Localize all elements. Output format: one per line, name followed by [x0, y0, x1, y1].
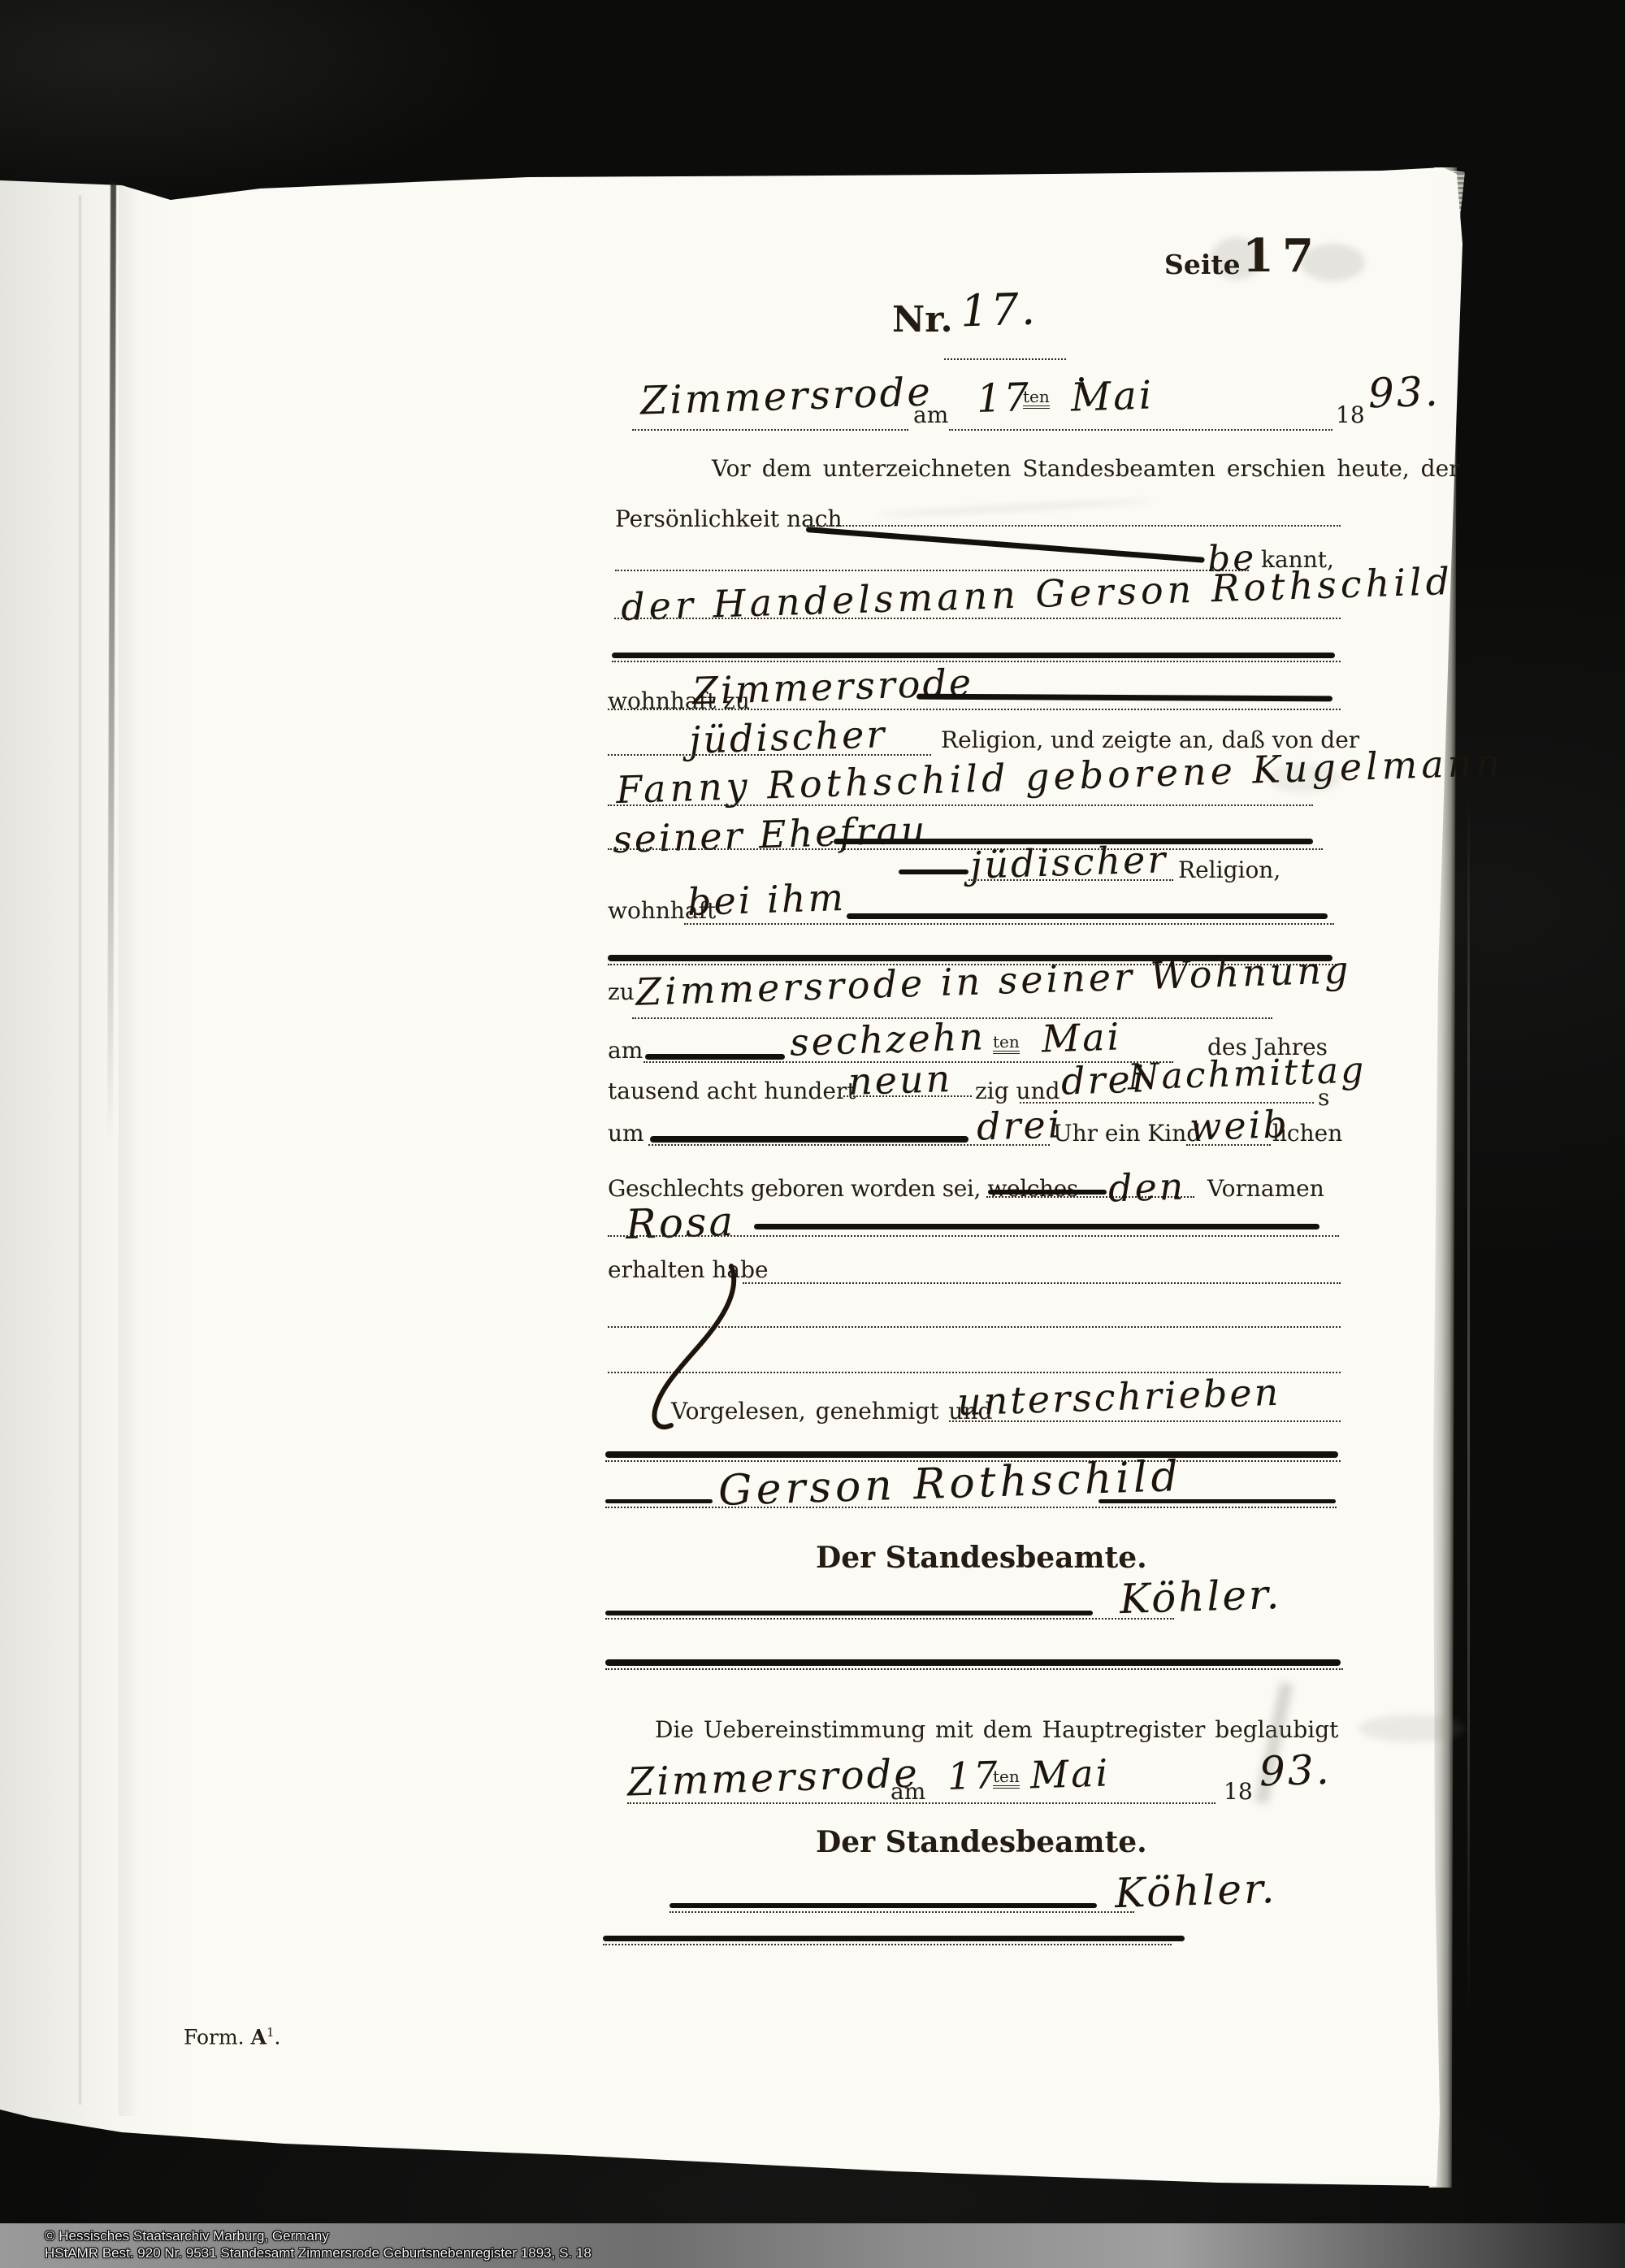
- binding-seam-highlight: [1467, 796, 1470, 2015]
- dotted-line: [608, 1235, 1339, 1237]
- pen-strike-line: [669, 1903, 1097, 1908]
- dotted-line: [608, 754, 931, 756]
- vornamen-print: Vornamen: [1207, 1175, 1324, 1202]
- dotted-line: [605, 1618, 1174, 1620]
- form-code-period: .: [275, 2025, 281, 2049]
- dotted-line: [804, 525, 1341, 527]
- pen-strike-line: [988, 1190, 1107, 1195]
- birth-um: um: [608, 1120, 644, 1147]
- birth-am: am: [608, 1037, 643, 1064]
- archive-caption-line1: © Hessisches Staatsarchiv Marburg, Germa…: [45, 2228, 329, 2244]
- name-article-entry: den: [1107, 1164, 1186, 1211]
- paper-page: [0, 0, 1625, 2268]
- dotted-line: [603, 1944, 1172, 1945]
- ink-rule: [605, 1659, 1341, 1666]
- dotted-line: [608, 709, 1341, 710]
- cert-year-printed: 18: [1224, 1778, 1253, 1805]
- dateline-year-printed: 18: [1336, 401, 1365, 428]
- pen-strike-line: [899, 869, 968, 874]
- page-number: 17: [1242, 229, 1322, 283]
- pen-strike-line: [1098, 1499, 1336, 1503]
- birth-year-print2: zig und: [975, 1078, 1060, 1104]
- cert-year-written: 93.: [1259, 1746, 1332, 1796]
- registrar-title: Der Standesbeamte.: [816, 1541, 1147, 1575]
- dotted-line: [944, 358, 1066, 360]
- archive-caption-strip: © Hessisches Staatsarchiv Marburg, Germa…: [0, 2223, 1625, 2268]
- pen-strike-line: [754, 1224, 1319, 1229]
- pen-strike-line: [650, 1136, 968, 1143]
- form-code: Form. A1.: [184, 2025, 281, 2049]
- dotted-line: [968, 879, 1173, 881]
- dateline-am: am: [913, 401, 948, 428]
- religion2-print: Religion,: [1178, 856, 1280, 883]
- dotted-line: [843, 1095, 972, 1097]
- dotted-line: [1186, 1144, 1271, 1146]
- record-number-label: Nr.: [892, 299, 953, 340]
- page-left-edge: [79, 195, 81, 2105]
- dotted-line: [605, 1507, 1337, 1508]
- dateline-year-written: 93.: [1367, 368, 1441, 418]
- pen-strike-line: [605, 1499, 713, 1503]
- dotted-line: [608, 804, 1313, 806]
- dotted-line: [614, 618, 1341, 619]
- gender-line: Geschlechts geboren worden sei, welches: [608, 1175, 1078, 1202]
- pen-strike-line: [645, 1054, 785, 1060]
- pen-strike-line: [605, 1611, 1093, 1615]
- birth-hour-print: Uhr ein Kind: [1053, 1120, 1201, 1147]
- dotted-line: [684, 923, 1334, 925]
- residence2-entry: bei ihm: [687, 875, 847, 924]
- intro-line: Vor dem unterzeichneten Standesbeamten e…: [712, 455, 1460, 482]
- ink-rule: [612, 653, 1335, 658]
- cert-am: am: [890, 1778, 925, 1805]
- archive-caption-line2: HStAMR Best. 920 Nr. 9531 Standesamt Zim…: [45, 2245, 591, 2261]
- ink-rule: [605, 1451, 1338, 1458]
- page-label: Seite: [1164, 249, 1241, 280]
- dateline-month: Mai: [1070, 372, 1155, 420]
- dotted-line: [627, 1802, 1215, 1804]
- scanned-register-page: Seite 17 Nr. 17. Zimmersrode am 17 ten M…: [0, 0, 1625, 2268]
- birth-day-entry: sechzehn: [789, 1014, 986, 1065]
- gender-print: lichen: [1272, 1120, 1342, 1147]
- ink-rule: [603, 1936, 1185, 1941]
- birth-daytime-entry: Nachmittag: [1127, 1049, 1367, 1098]
- cert-month: Mai: [1029, 1750, 1111, 1797]
- bleed-through-mark: [1358, 1715, 1464, 1742]
- dotted-line: [949, 1420, 1341, 1422]
- dotted-line: [949, 429, 1332, 431]
- record-number-value: 17.: [960, 284, 1038, 337]
- birth-ordinal: ten: [993, 1034, 1020, 1054]
- residence-entry: Zimmersrode: [691, 661, 974, 713]
- closing-print: Vorgelesen, genehmigt und: [671, 1398, 992, 1425]
- birthplace-label: zu: [608, 978, 635, 1005]
- registrar-signature: Köhler.: [1119, 1571, 1282, 1623]
- dotted-line: [612, 661, 1341, 662]
- form-code-letter: A: [251, 2025, 266, 2049]
- birth-year-print1: tausend acht hundert: [608, 1078, 856, 1104]
- dotted-line: [608, 848, 1323, 850]
- dotted-line: [605, 1668, 1343, 1670]
- cert-ordinal: ten: [993, 1768, 1020, 1789]
- cert-place: Zimmersrode: [626, 1750, 920, 1805]
- dateline-place: Zimmersrode: [639, 369, 933, 423]
- page-crease-shadow: [119, 182, 140, 2116]
- dotted-line: [669, 1911, 1134, 1913]
- registrar-signature-2: Köhler.: [1114, 1865, 1277, 1917]
- dotted-line: [632, 429, 908, 431]
- form-label: Form.: [184, 2025, 245, 2049]
- form-code-sup: 1: [266, 2025, 275, 2040]
- dateline-ordinal: ten: [1023, 388, 1050, 409]
- dotted-line: [743, 1282, 1341, 1284]
- birth-daytime-suffix: s: [1318, 1084, 1329, 1111]
- child-name-entry: Rosa: [625, 1198, 736, 1248]
- pen-strike-line: [847, 913, 1328, 919]
- registrar-title-2: Der Standesbeamte.: [816, 1825, 1147, 1859]
- birth-hour-entry: drei: [976, 1102, 1063, 1148]
- certification-line: Die Uebereinstimmung mit dem Hauptregist…: [655, 1716, 1338, 1743]
- birth-month-entry: Mai: [1041, 1014, 1122, 1060]
